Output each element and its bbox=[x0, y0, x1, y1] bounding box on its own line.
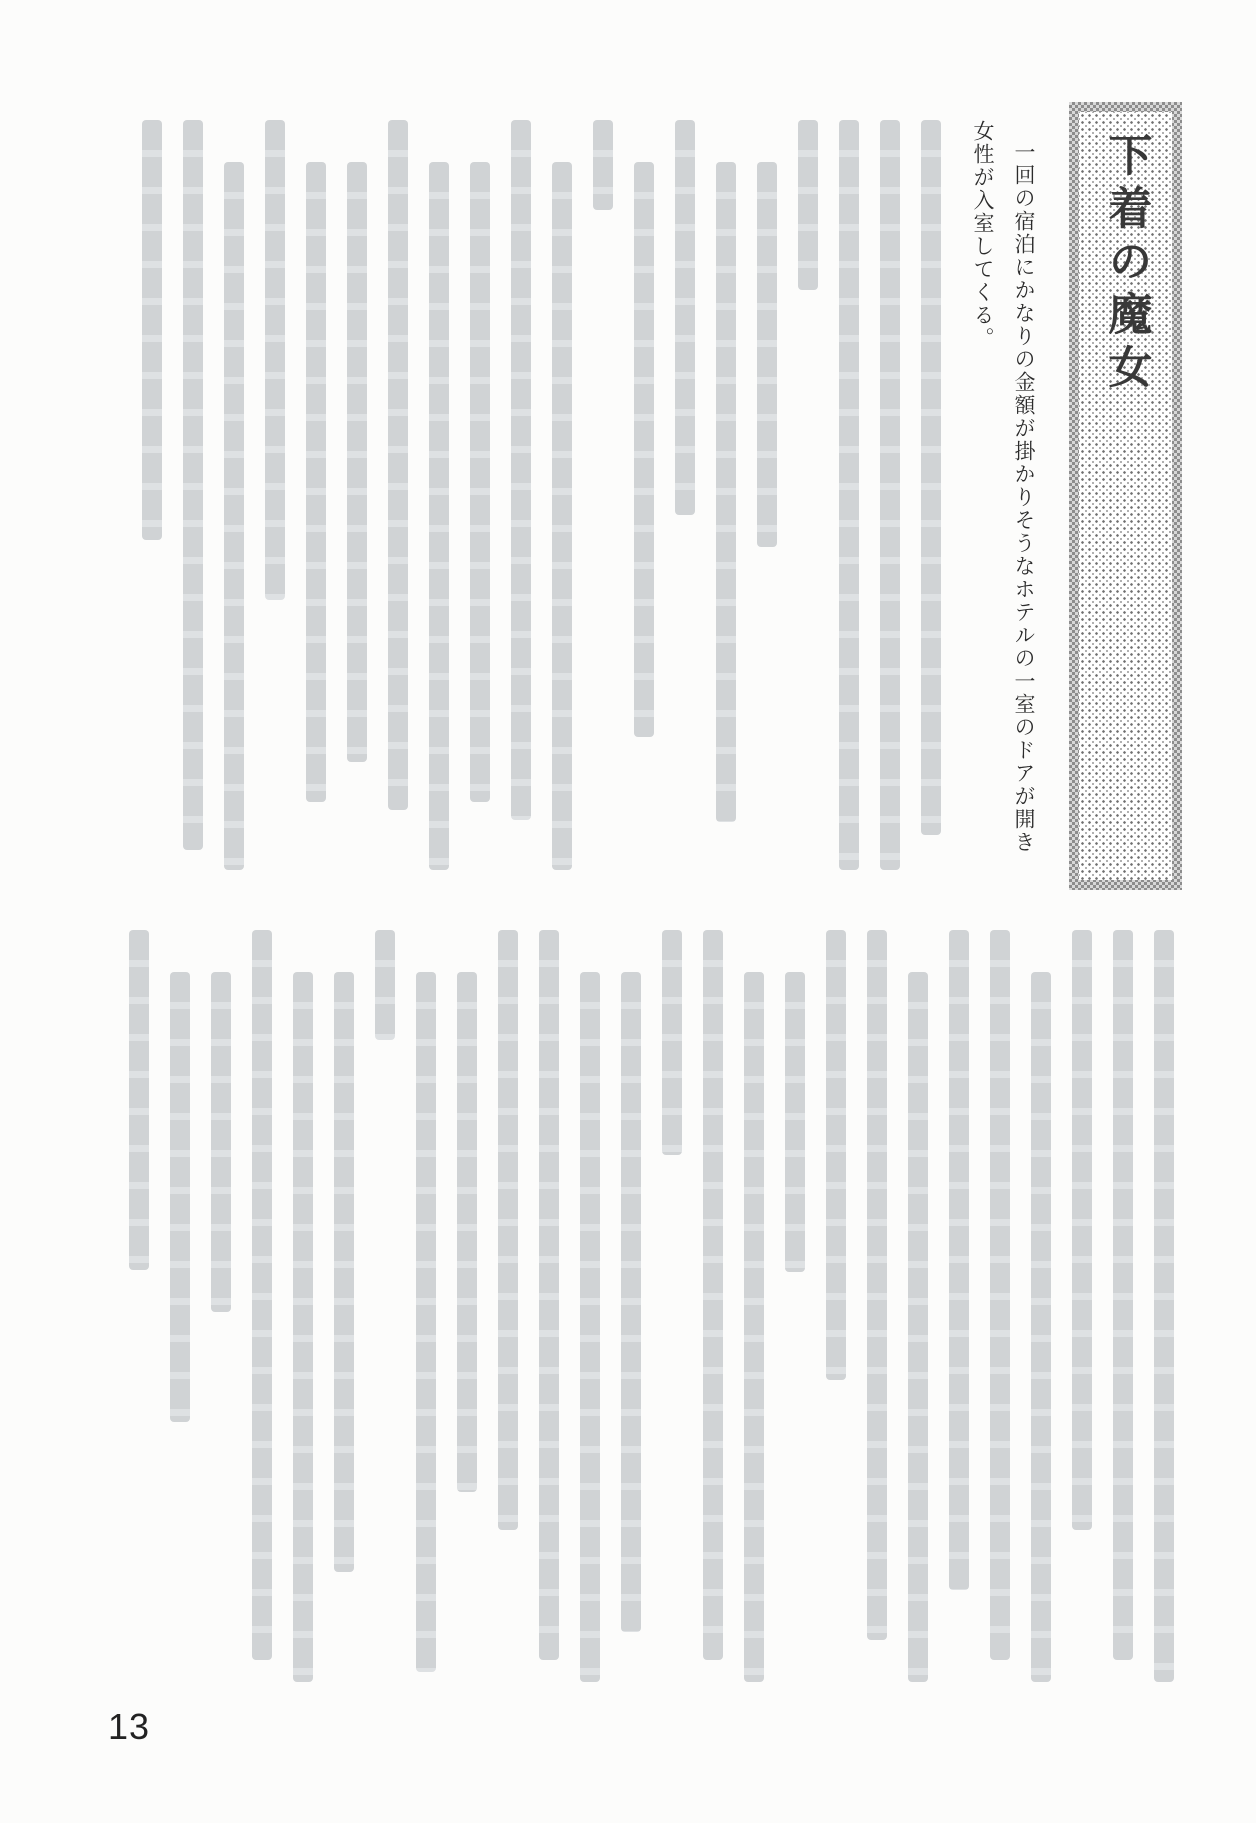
redacted-text-column bbox=[552, 162, 572, 870]
redacted-text-column bbox=[142, 120, 162, 540]
redacted-text-column bbox=[347, 162, 367, 762]
title-banner-halftone: 下着の魔女 bbox=[1079, 112, 1172, 880]
redacted-text-column bbox=[170, 972, 190, 1422]
redacted-text-column bbox=[498, 930, 518, 1530]
redacted-text-column bbox=[224, 162, 244, 870]
redacted-text-column bbox=[990, 930, 1010, 1660]
title-banner-frame: 下着の魔女 bbox=[1069, 102, 1182, 890]
redacted-text-column bbox=[921, 120, 941, 835]
redacted-text-column bbox=[839, 120, 859, 870]
redacted-text-column bbox=[757, 162, 777, 547]
redacted-text-column bbox=[1154, 930, 1174, 1682]
lower-text-block bbox=[108, 930, 1174, 1682]
redacted-text-column bbox=[593, 120, 613, 210]
lead-paragraph: 一回の宿泊にかなりの金額が掛かりそうなホテルの一室のドアが開き女性が入室してくる… bbox=[962, 120, 1044, 870]
redacted-text-column bbox=[539, 930, 559, 1660]
redacted-text-column bbox=[416, 972, 436, 1672]
redacted-text-column bbox=[129, 930, 149, 1270]
redacted-text-column bbox=[1031, 972, 1051, 1682]
redacted-text-column bbox=[388, 120, 408, 810]
redacted-text-column bbox=[1113, 930, 1133, 1660]
redacted-text-column bbox=[880, 120, 900, 870]
redacted-text-column bbox=[580, 972, 600, 1682]
scanned-book-page: 下着の魔女 一回の宿泊にかなりの金額が掛かりそうなホテルの一室のドアが開き女性が… bbox=[0, 0, 1256, 1823]
redacted-text-column bbox=[634, 162, 654, 737]
redacted-text-column bbox=[306, 162, 326, 802]
redacted-text-column bbox=[949, 930, 969, 1590]
redacted-text-column bbox=[265, 120, 285, 600]
redacted-text-column bbox=[252, 930, 272, 1660]
redacted-text-column bbox=[908, 972, 928, 1682]
redacted-text-column bbox=[457, 972, 477, 1492]
redacted-text-column bbox=[1072, 930, 1092, 1530]
redacted-text-column bbox=[183, 120, 203, 850]
redacted-text-column bbox=[867, 930, 887, 1640]
redacted-text-column bbox=[375, 930, 395, 1040]
redacted-text-column bbox=[511, 120, 531, 820]
redacted-text-column bbox=[826, 930, 846, 1380]
redacted-text-column bbox=[675, 120, 695, 515]
redacted-text-column bbox=[798, 120, 818, 290]
redacted-text-column bbox=[703, 930, 723, 1660]
redacted-text-column bbox=[785, 972, 805, 1272]
redacted-text-column bbox=[621, 972, 641, 1632]
page-title: 下着の魔女 bbox=[1094, 132, 1158, 880]
upper-text-block: 一回の宿泊にかなりの金額が掛かりそうなホテルの一室のドアが開き女性が入室してくる… bbox=[110, 120, 1044, 870]
redacted-text-column bbox=[293, 972, 313, 1682]
redacted-text-column bbox=[662, 930, 682, 1155]
redacted-text-column bbox=[211, 972, 231, 1312]
redacted-text-column bbox=[429, 162, 449, 870]
redacted-text-column bbox=[716, 162, 736, 822]
redacted-text-column bbox=[744, 972, 764, 1682]
page-number: 13 bbox=[108, 1706, 150, 1748]
redacted-text-column bbox=[334, 972, 354, 1572]
redacted-text-column bbox=[470, 162, 490, 802]
